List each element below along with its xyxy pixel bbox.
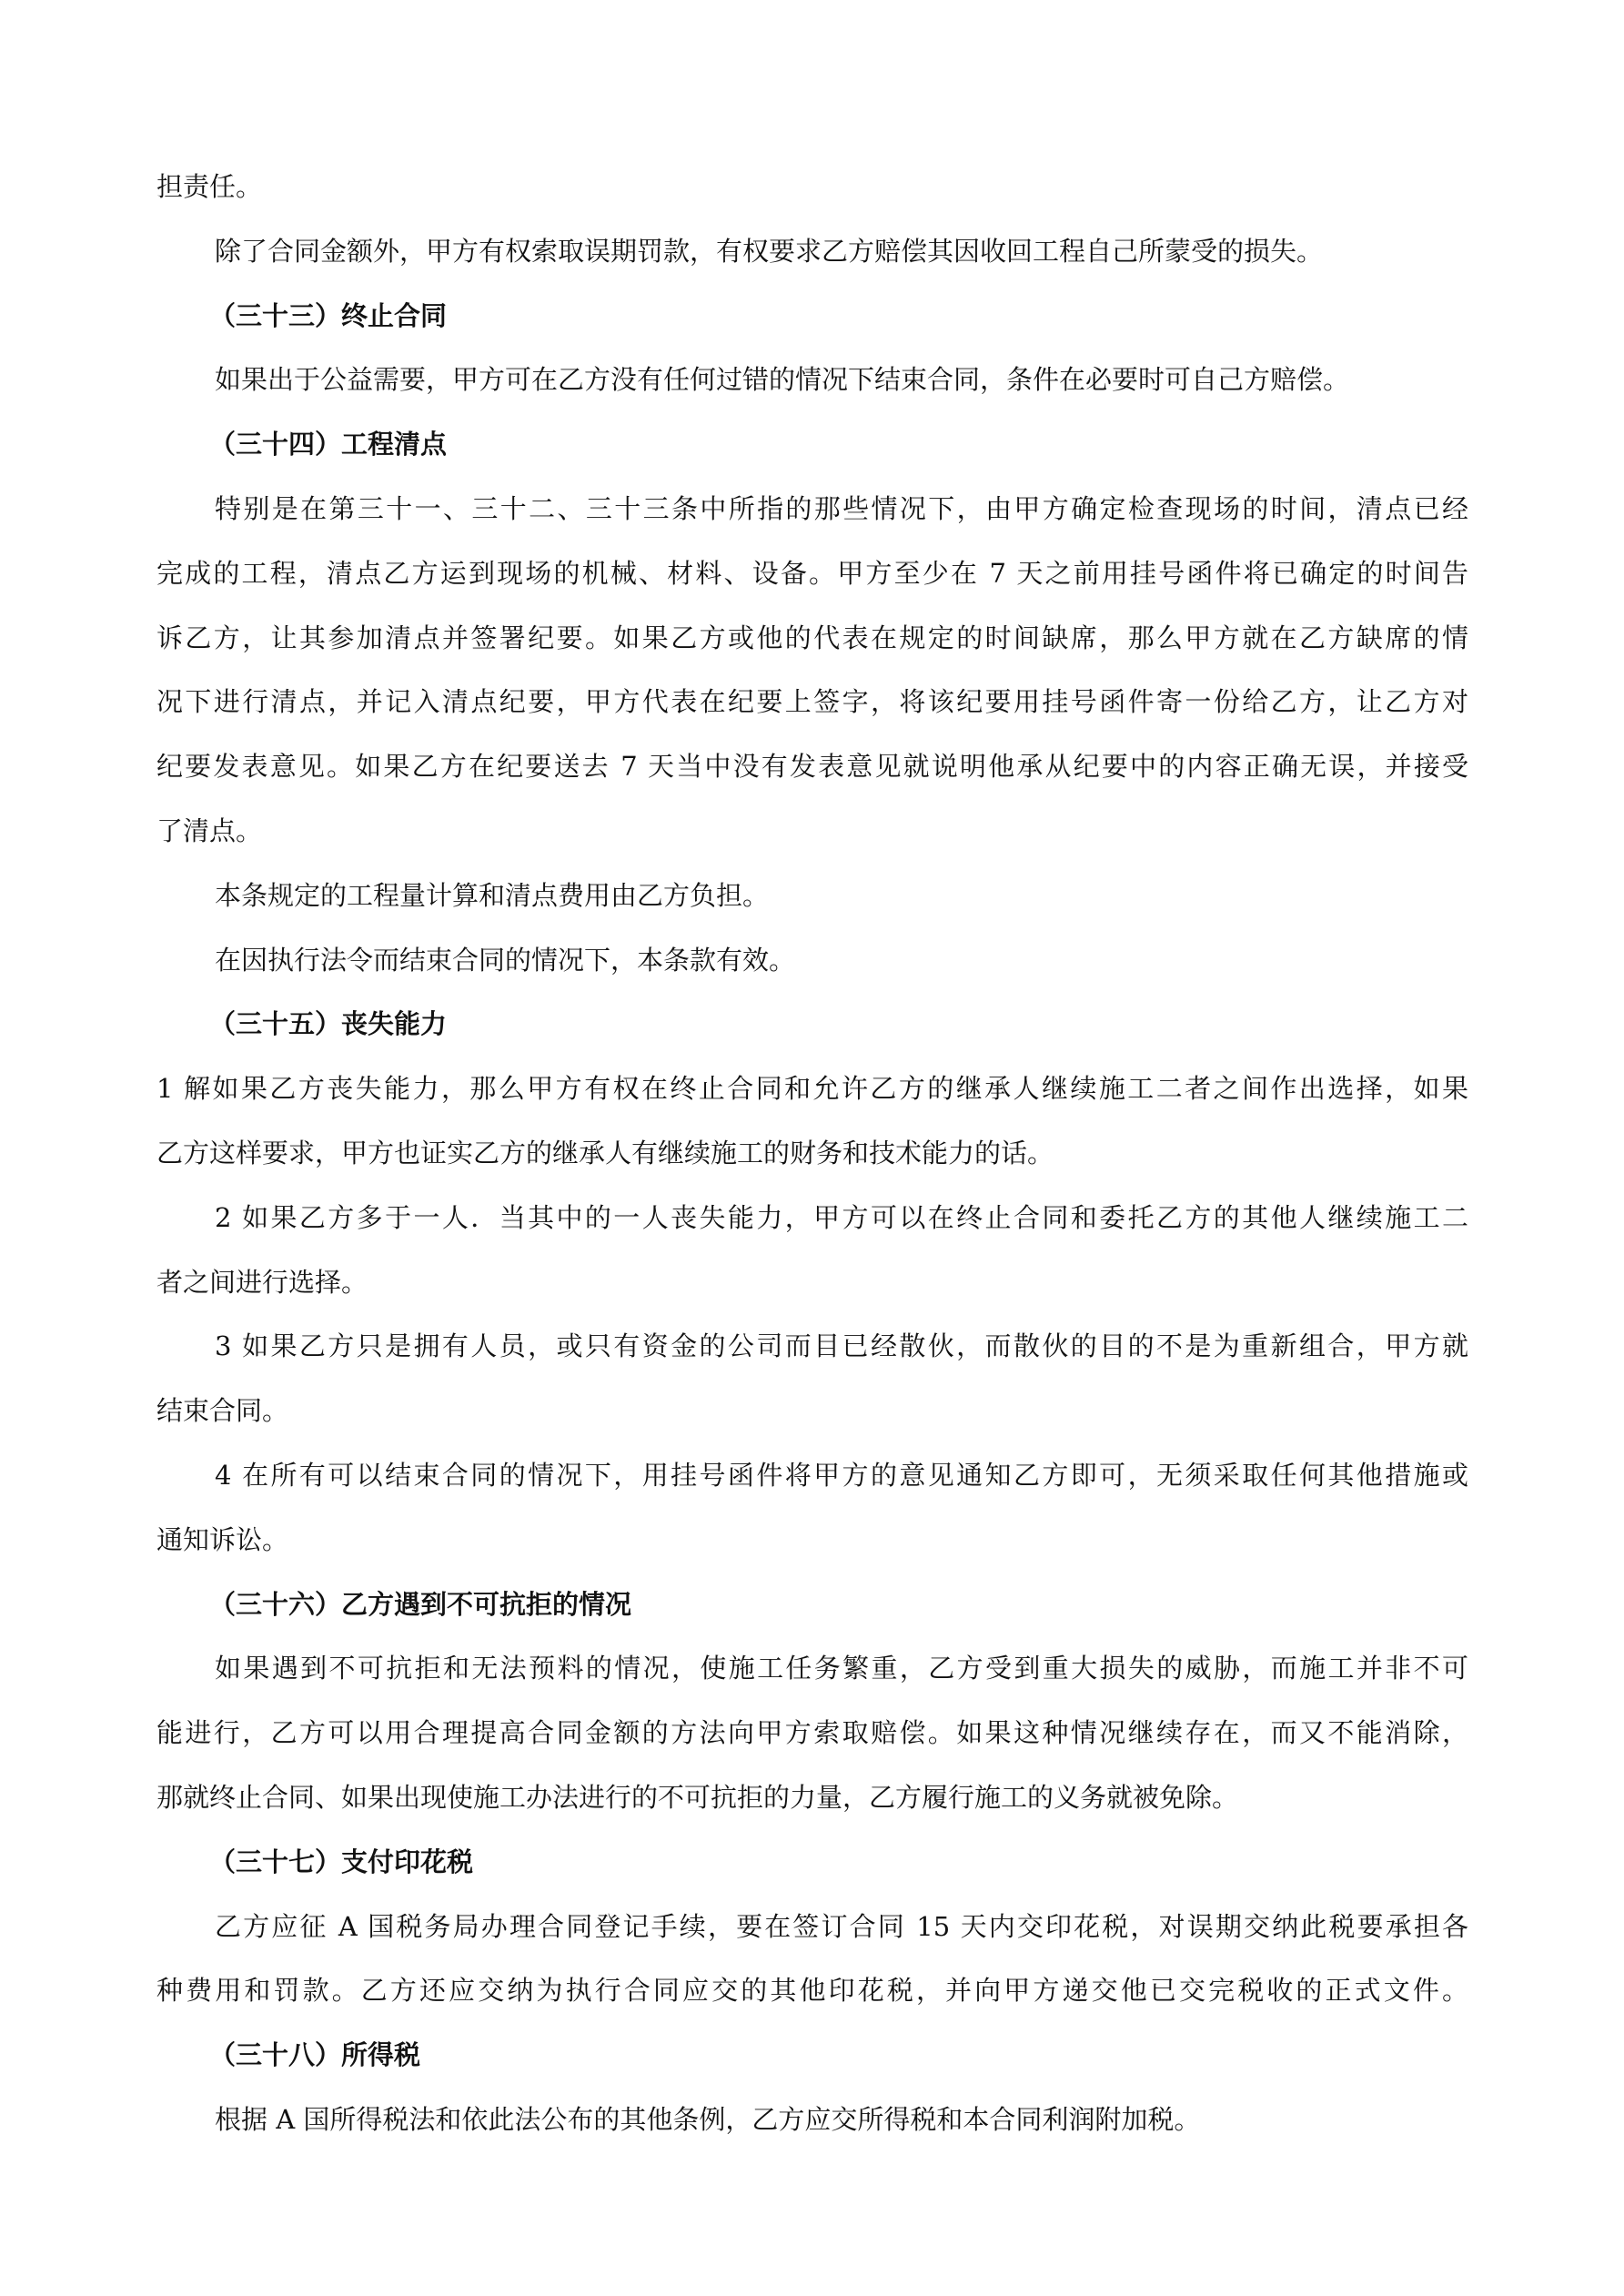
section-heading-33: （三十三）终止合同 (156, 284, 1468, 349)
paragraph-line: 乙方这样要求，甲方也证实乙方的继承人有继续施工的财务和技术能力的话。 (156, 1121, 1468, 1186)
paragraph-line: 那就终止合同、如果出现使施工办法进行的不可抗拒的力量，乙方履行施工的义务就被免除… (156, 1765, 1468, 1830)
paragraph-line: 诉乙方，让其参加清点并签署纪要。如果乙方或他的代表在规定的时间缺席，那么甲方就在… (156, 606, 1468, 671)
section-heading-35: （三十五）丧失能力 (156, 992, 1468, 1057)
paragraph-line: 4 在所有可以结束合同的情况下，用挂号函件将甲方的意见通知乙方即可，无须采取任何… (156, 1443, 1468, 1508)
paragraph-line: 况下进行清点，并记入清点纪要，甲方代表在纪要上签字，将该纪要用挂号函件寄一份给乙… (156, 670, 1468, 734)
paragraph-line: 通知诉讼。 (156, 1508, 1468, 1573)
paragraph-line: 能进行，乙方可以用合理提高合同金额的方法向甲方索取赔偿。如果这种情况继续存在，而… (156, 1701, 1468, 1765)
document-page: 担责任。 除了合同金额外，甲方有权索取误期罚款，有权要求乙方赔偿其因收回工程自己… (156, 155, 1468, 2152)
section-heading-37: （三十七）支付印花税 (156, 1830, 1468, 1895)
paragraph-line: 本条规定的工程量计算和清点费用由乙方负担。 (156, 864, 1468, 928)
paragraph-line: 担责任。 (156, 155, 1468, 219)
paragraph-line: 者之间进行选择。 (156, 1250, 1468, 1315)
paragraph-line: 种费用和罚款。乙方还应交纳为执行合同应交的其他印花税，并向甲方递交他已交完税收的… (156, 1958, 1468, 2023)
paragraph-line: 乙方应征 A 国税务局办理合同登记手续，要在签订合同 15 天内交印花税，对误期… (156, 1895, 1468, 1959)
paragraph-line: 特别是在第三十一、三十二、三十三条中所指的那些情况下，由甲方确定检查现场的时间，… (156, 477, 1468, 541)
section-heading-36: （三十六）乙方遇到不可抗拒的情况 (156, 1573, 1468, 1637)
section-heading-34: （三十四）工程清点 (156, 412, 1468, 477)
section-heading-38: （三十八）所得税 (156, 2023, 1468, 2088)
paragraph-line: 在因执行法令而结束合同的情况下，本条款有效。 (156, 928, 1468, 993)
paragraph-line: 如果出于公益需要，甲方可在乙方没有任何过错的情况下结束合同，条件在必要时可自己方… (156, 348, 1468, 412)
paragraph-line: 除了合同金额外，甲方有权索取误期罚款，有权要求乙方赔偿其因收回工程自己所蒙受的损… (156, 219, 1468, 284)
paragraph-line: 3 如果乙方只是拥有人员，或只有资金的公司而目已经散伙，而散伙的目的不是为重新组… (156, 1314, 1468, 1379)
paragraph-line: 1 解如果乙方丧失能力，那么甲方有权在终止合同和允许乙方的继承人继续施工二者之间… (156, 1057, 1468, 1121)
paragraph-line: 根据 A 国所得税法和依此法公布的其他条例，乙方应交所得税和本合同利润附加税。 (156, 2088, 1468, 2152)
paragraph-line: 2 如果乙方多于一人．当其中的一人丧失能力，甲方可以在终止合同和委托乙方的其他人… (156, 1186, 1468, 1250)
paragraph-line: 完成的工程，清点乙方运到现场的机械、材料、设备。甲方至少在 7 天之前用挂号函件… (156, 541, 1468, 606)
paragraph-line: 了清点。 (156, 799, 1468, 864)
paragraph-line: 如果遇到不可抗拒和无法预料的情况，使施工任务繁重，乙方受到重大损失的威胁，而施工… (156, 1636, 1468, 1701)
paragraph-line: 纪要发表意见。如果乙方在纪要送去 7 天当中没有发表意见就说明他承从纪要中的内容… (156, 734, 1468, 799)
paragraph-line: 结束合同。 (156, 1379, 1468, 1443)
